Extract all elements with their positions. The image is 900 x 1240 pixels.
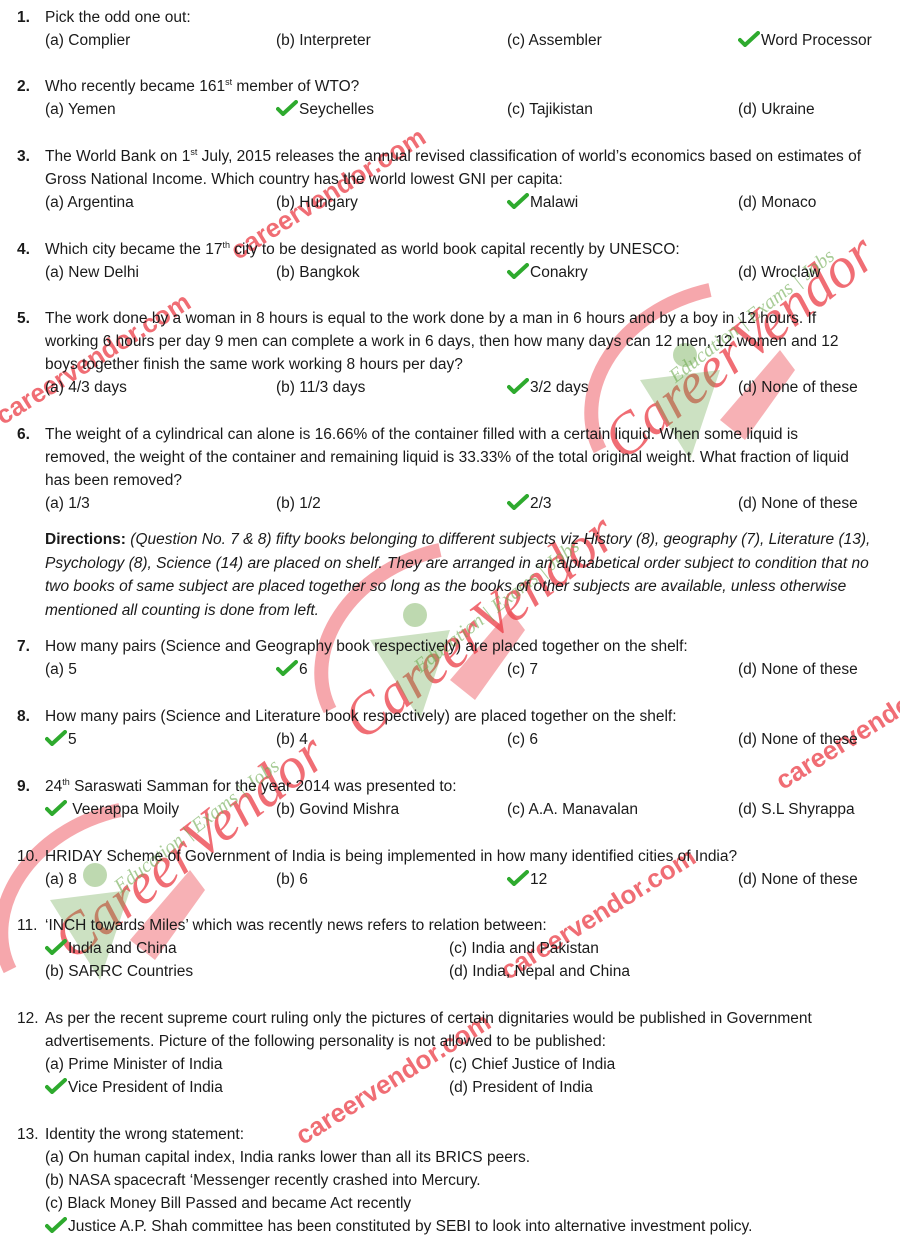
checkmark-icon [738, 31, 760, 47]
option-label: Conakry [530, 264, 588, 281]
option-d[interactable]: (d) Monaco [738, 191, 816, 214]
checkmark-icon [45, 800, 67, 816]
option-label: Seychelles [299, 101, 374, 118]
option-d[interactable]: (d) None of these [738, 728, 858, 751]
question-4: 4.Which city became the 17th city to be … [0, 238, 900, 284]
option-a[interactable]: (a) 1/3 [45, 492, 90, 515]
question-text: The weight of a cylindrical can alone is… [45, 426, 849, 489]
option-label: Veerappa Moily [68, 801, 179, 818]
checkmark-icon [276, 660, 298, 676]
option-b-correct[interactable]: Vice President of India [45, 1076, 223, 1099]
checkmark-icon [507, 494, 529, 510]
option-c[interactable]: (c) Tajikistan [507, 98, 593, 121]
option-c[interactable]: (c) 7 [507, 658, 538, 681]
option-d[interactable]: (d) None of these [738, 658, 858, 681]
checkmark-icon [507, 378, 529, 394]
option-a[interactable]: (a) On human capital index, India ranks … [45, 1146, 530, 1169]
checkmark-icon [45, 1217, 67, 1233]
option-a-correct[interactable]: 5 [45, 728, 77, 751]
option-a[interactable]: (a) New Delhi [45, 261, 139, 284]
question-text: Who recently became 161st member of WTO? [45, 78, 359, 95]
option-c-correct[interactable]: 12 [507, 868, 547, 891]
option-label: India and China [68, 940, 177, 957]
option-b-correct[interactable]: Seychelles [276, 98, 374, 121]
option-c-correct[interactable]: 2/3 [507, 492, 552, 515]
directions-block: Directions: (Question No. 7 & 8) fifty b… [45, 528, 875, 622]
question-number: 10. [17, 845, 39, 868]
question-text: Identity the wrong statement: [45, 1126, 244, 1143]
option-d[interactable]: (d) Wroclaw [738, 261, 820, 284]
option-label: Justice A.P. Shah committee has been con… [68, 1218, 752, 1235]
option-b[interactable]: (b) 1/2 [276, 492, 321, 515]
question-10: 10.HRIDAY Scheme of Government of India … [0, 845, 900, 891]
option-c-correct[interactable]: Conakry [507, 261, 588, 284]
option-label: 5 [68, 731, 77, 748]
question-number: 2. [17, 75, 30, 98]
option-c-correct[interactable]: 3/2 days [507, 376, 589, 399]
option-d[interactable]: (d) None of these [738, 376, 858, 399]
checkmark-icon [45, 1078, 67, 1094]
option-c[interactable]: (c) 6 [507, 728, 538, 751]
option-a[interactable]: (a) Argentina [45, 191, 134, 214]
checkmark-icon [45, 730, 67, 746]
question-text: How many pairs (Science and Geography bo… [45, 638, 688, 655]
option-label: Malawi [530, 194, 578, 211]
question-text: ‘INCH towards Miles’ which was recently … [45, 917, 547, 934]
option-b[interactable]: (b) Interpreter [276, 29, 371, 52]
question-number: 9. [17, 775, 30, 798]
option-a[interactable]: (a) 8 [45, 868, 77, 891]
question-7: 7.How many pairs (Science and Geography … [0, 635, 900, 681]
question-number: 8. [17, 705, 30, 728]
option-b[interactable]: (b) Hungary [276, 191, 358, 214]
option-d-correct[interactable]: Word Processor [738, 29, 872, 52]
option-c[interactable]: (c) A.A. Manavalan [507, 798, 638, 821]
question-number: 13. [17, 1123, 39, 1146]
question-5: 5.The work done by a woman in 8 hours is… [0, 307, 900, 399]
option-d[interactable]: (d) India, Nepal and China [449, 960, 630, 983]
directions-text: (Question No. 7 & 8) fifty books belongi… [45, 531, 870, 619]
question-9: 9.24th Saraswati Samman for the year 201… [0, 775, 900, 821]
checkmark-icon [45, 939, 67, 955]
watermark-site-text: careervendor.com [455, 0, 661, 1]
question-text: HRIDAY Scheme of Government of India is … [45, 848, 737, 865]
question-number: 7. [17, 635, 30, 658]
question-number: 1. [17, 6, 30, 29]
option-c-correct[interactable]: Malawi [507, 191, 578, 214]
option-b[interactable]: (b) 4 [276, 728, 308, 751]
option-b[interactable]: (b) Bangkok [276, 261, 360, 284]
question-1: 1.Pick the odd one out: (a) Complier (b)… [0, 6, 900, 52]
question-11: 11.‘INCH towards Miles’ which was recent… [0, 914, 900, 983]
question-6: 6.The weight of a cylindrical can alone … [0, 423, 900, 515]
question-number: 5. [17, 307, 30, 330]
checkmark-icon [507, 870, 529, 886]
option-a[interactable]: (a) 4/3 days [45, 376, 127, 399]
option-d[interactable]: (d) None of these [738, 492, 858, 515]
option-label: 6 [299, 661, 308, 678]
question-13: 13.Identity the wrong statement: (a) On … [0, 1123, 900, 1238]
question-number: 12. [17, 1007, 39, 1030]
option-c[interactable]: (c) Black Money Bill Passed and became A… [45, 1192, 411, 1215]
option-b[interactable]: (b) 11/3 days [276, 376, 365, 399]
question-paper-page: careervendor.com careervendor.com career… [0, 0, 900, 1240]
option-d[interactable]: (d) S.L Shyrappa [738, 798, 855, 821]
option-c[interactable]: (c) Chief Justice of India [449, 1053, 615, 1076]
option-a[interactable]: (a) Yemen [45, 98, 116, 121]
option-a-correct[interactable]: Veerappa Moily [45, 798, 179, 821]
option-a[interactable]: (a) 5 [45, 658, 77, 681]
option-b[interactable]: (b) SARRC Countries [45, 960, 193, 983]
option-b[interactable]: (b) NASA spacecraft ‘Messenger recently … [45, 1169, 481, 1192]
option-d[interactable]: (d) Ukraine [738, 98, 815, 121]
question-8: 8.How many pairs (Science and Literature… [0, 705, 900, 751]
option-d-correct[interactable]: Justice A.P. Shah committee has been con… [45, 1215, 752, 1238]
question-number: 3. [17, 145, 30, 168]
question-3: 3.The World Bank on 1st July, 2015 relea… [0, 145, 900, 214]
question-number: 11. [17, 914, 37, 937]
option-a[interactable]: (a) Prime Minister of India [45, 1053, 222, 1076]
directions-label: Directions: [45, 531, 126, 548]
option-a[interactable]: (a) Complier [45, 29, 130, 52]
question-number: 6. [17, 423, 30, 446]
option-label: 12 [530, 871, 547, 888]
option-label: Word Processor [761, 32, 872, 49]
option-b[interactable]: (b) 6 [276, 868, 308, 891]
question-text: How many pairs (Science and Literature b… [45, 708, 677, 725]
option-b[interactable]: (b) Govind Mishra [276, 798, 399, 821]
question-number: 4. [17, 238, 30, 261]
option-c[interactable]: (c) Assembler [507, 29, 602, 52]
question-text: As per the recent supreme court ruling o… [45, 1010, 812, 1050]
option-c[interactable]: (c) India and Pakistan [449, 937, 599, 960]
question-text: Pick the odd one out: [45, 9, 191, 26]
question-text: 24th Saraswati Samman for the year 2014 … [45, 778, 457, 795]
option-b-correct[interactable]: 6 [276, 658, 308, 681]
question-12: 12.As per the recent supreme court rulin… [0, 1007, 900, 1099]
question-text: The World Bank on 1st July, 2015 release… [45, 148, 861, 188]
question-text: The work done by a woman in 8 hours is e… [45, 310, 839, 373]
option-d[interactable]: (d) None of these [738, 868, 858, 891]
option-label: 3/2 days [530, 379, 589, 396]
checkmark-icon [276, 100, 298, 116]
option-a-correct[interactable]: India and China [45, 937, 177, 960]
option-d[interactable]: (d) President of India [449, 1076, 593, 1099]
option-label: Vice President of India [68, 1079, 223, 1096]
question-2: 2.Who recently became 161st member of WT… [0, 75, 900, 121]
option-label: 2/3 [530, 495, 552, 512]
question-text: Which city became the 17th city to be de… [45, 241, 680, 258]
checkmark-icon [507, 193, 529, 209]
checkmark-icon [507, 263, 529, 279]
